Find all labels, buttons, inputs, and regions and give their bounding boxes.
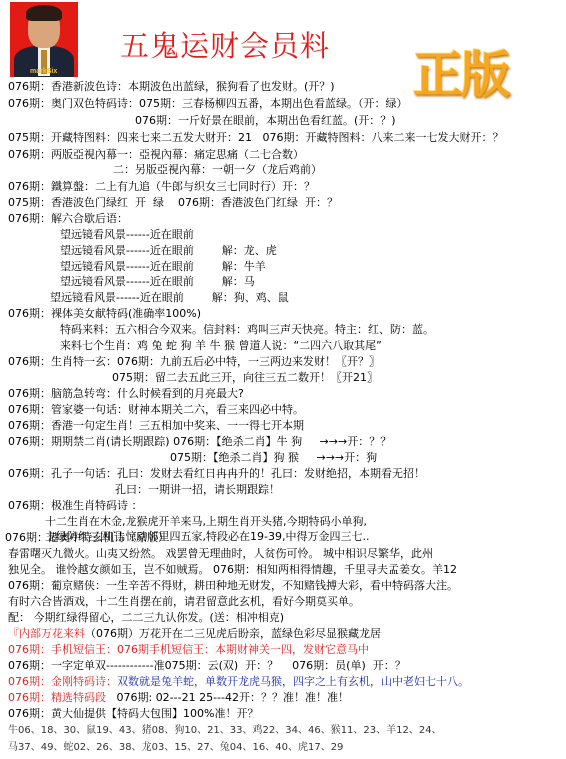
text-line: 配： 今期红绿得留心，二二三九认你发。(送：相冲相克) [8, 611, 284, 625]
text-segment: 『内部万花来料 [8, 627, 85, 640]
text-line: 076期：孔子一句话：孔曰：发财去看红日冉冉升的！孔曰：发财绝招，本期看无招！ [8, 467, 425, 481]
text-line: 特码来料：五六相合今双来。信封料：鸡叫三声天快亮。特主：红、防：蓝。 [60, 323, 434, 337]
text-line: 076期：两版亞視內幕一：亞視內幕：痛定思痛（二七合数） [8, 148, 304, 162]
photo-brand: markSix [30, 68, 57, 75]
text-line: 牛06、18、30、鼠19、43、猪08、狗10、21、33、鸡22、34、46… [8, 724, 442, 738]
text-line: 076期：金刚特码诗：双数就是兔羊蛇，单数开龙虎马猴，四字之上有玄机，山中老妇七… [8, 675, 469, 689]
text-line: 075期：【绝杀二肖】狗 猴 →→→开：狗 [170, 451, 377, 465]
text-line: 076期：一斤好景在眼前，本期出色看红蓝。(开：？) [135, 114, 396, 128]
text-line: 孔曰：一期讲一招，请长期跟踪！ [115, 483, 280, 497]
text-line: 二：另版亞視內幕：一朝一夕（龙后鸡前） [113, 163, 322, 177]
text-line: 076期：葡京赌侠：一生辛苦不得财，耕田种地无财发，不知赌钱搏大彩，看中特码落大… [8, 579, 458, 593]
text-line: 望远镜看风景------近在眼前 解：牛羊 [60, 260, 266, 274]
text-line: 076期：解六合歇后语： [8, 212, 128, 226]
text-line: 076期：鐵算盤：二上有九追（牛郎与织女三七同时行）开：？ [8, 180, 315, 194]
text-line: 076期：奥门双色特码诗：075期：三春杨柳四五番，本期出色看蓝绿。（开：绿） [8, 97, 408, 111]
text-line: 076期：港奥中特玄机诗（原版） [5, 531, 169, 545]
text-line: 076期：期期禁二肖(请长期跟踪) 076期：【绝杀二肖】牛 狗 →→→开：？？ [8, 435, 391, 449]
text-segment: 076期：金刚特码诗： [8, 675, 117, 688]
text-line: 075期：香港波色门绿红 开 绿 076期：香港波色门红绿 开：？ [8, 196, 338, 210]
text-segment: 076期：精选特码段 [8, 691, 106, 704]
avatar-hair [26, 5, 62, 21]
genuine-logo: 正版 [413, 35, 509, 107]
text-segment: 双数就是兔羊蛇，单数开龙虎马猴，四字之上有玄机，山中老妇七十八。 [117, 675, 469, 688]
text-segment: 076期: 02---21 25---42开：？？准！准！准！ [106, 691, 349, 704]
text-line: 来料七个生肖：鸡 兔 蛇 狗 羊 牛 猴 曾道人说：“二四六八取其尾” [60, 339, 382, 353]
text-line: 马37、49、蛇02、26、38、龙03、15、27、兔04、16、40、虎17… [8, 741, 343, 755]
text-line: 076期：精选特码段 076期: 02---21 25---42开：？？准！准！… [8, 691, 349, 705]
text-line: 076期：裸体美女献特码(准确率100%) [8, 307, 201, 321]
text-line: 076期：香港一句定生肖！三五相加中奖来、一一得七开本期 [8, 419, 304, 433]
text-line: 076期：管家婆一句话：财神本期关二六，看三来四必中特。 [8, 403, 304, 417]
text-segment: （076期）万花开在二三见虎后盼亲，蓝绿色彩尽显猴藏龙居 [85, 627, 381, 640]
text-line: 望远镜看风景------近在眼前 解：马 [60, 275, 255, 289]
text-line: 076期：香港新波色诗：本期波色出蓝绿，猴狗看了也发财。(开？) [8, 80, 335, 94]
text-line: 076期：黄大仙提供【特码大包围】100%准！开？ [8, 707, 258, 721]
text-line: 有时六合皆酒戏，十二生肖摆在前，请君留意此玄机，看好今期莫买单。 [8, 595, 360, 609]
text-line: 望远镜看风景------近在眼前 解：狗、鸡、鼠 [50, 291, 289, 305]
avatar-photo: markSix [10, 2, 78, 77]
text-line: 独见全。 谁怜越女颜如玉，岂不如贼焉。 076期：相知两相得情趣，千里寻夫孟姜女… [8, 563, 457, 577]
text-line: 076期：一字定单双------------准075期：云(双) 开：？ 076… [8, 659, 406, 673]
text-line: 076期：极准生肖特码诗 ： [8, 499, 143, 513]
text-line: 『内部万花来料（076期）万花开在二三见虎后盼亲，蓝绿色彩尽显猴藏龙居 [8, 627, 381, 641]
text-line: 076期：脑筋急转弯：什么时候看到的月亮最大? [8, 387, 244, 401]
text-line: 076期：生肖特一玄：076期：九前五后必中特，一三两边来发财！〖开？〗 [8, 355, 380, 369]
text-line: 076期：手机短信王：076期手机短信王：本期财神关一四，发财它意马中 [8, 643, 369, 657]
text-line: 春雷曙灭九微火。山夷又纷然。 戏罢曾无理曲时，人贫伤可怜。 城中相识尽繁华，此州 [8, 547, 433, 561]
text-line: 075期：留二去五此三开，向往三五二数开！〖开21〗 [112, 371, 378, 385]
text-line: 十二生肖在木金,龙猴虎开羊来马,上期生肖开头猪,今期特码小单狗, [45, 515, 367, 529]
text-line: 075期：开藏特图料：四来七来二五发大财开：21 076期：开藏特图料：八来二来… [8, 131, 503, 145]
text-line: 望远镜看风景------近在眼前 解：龙、虎 [60, 244, 277, 258]
page-title: 五鬼运财会员料 [120, 24, 330, 65]
text-line: 望远镜看风景------近在眼前 [60, 228, 194, 242]
